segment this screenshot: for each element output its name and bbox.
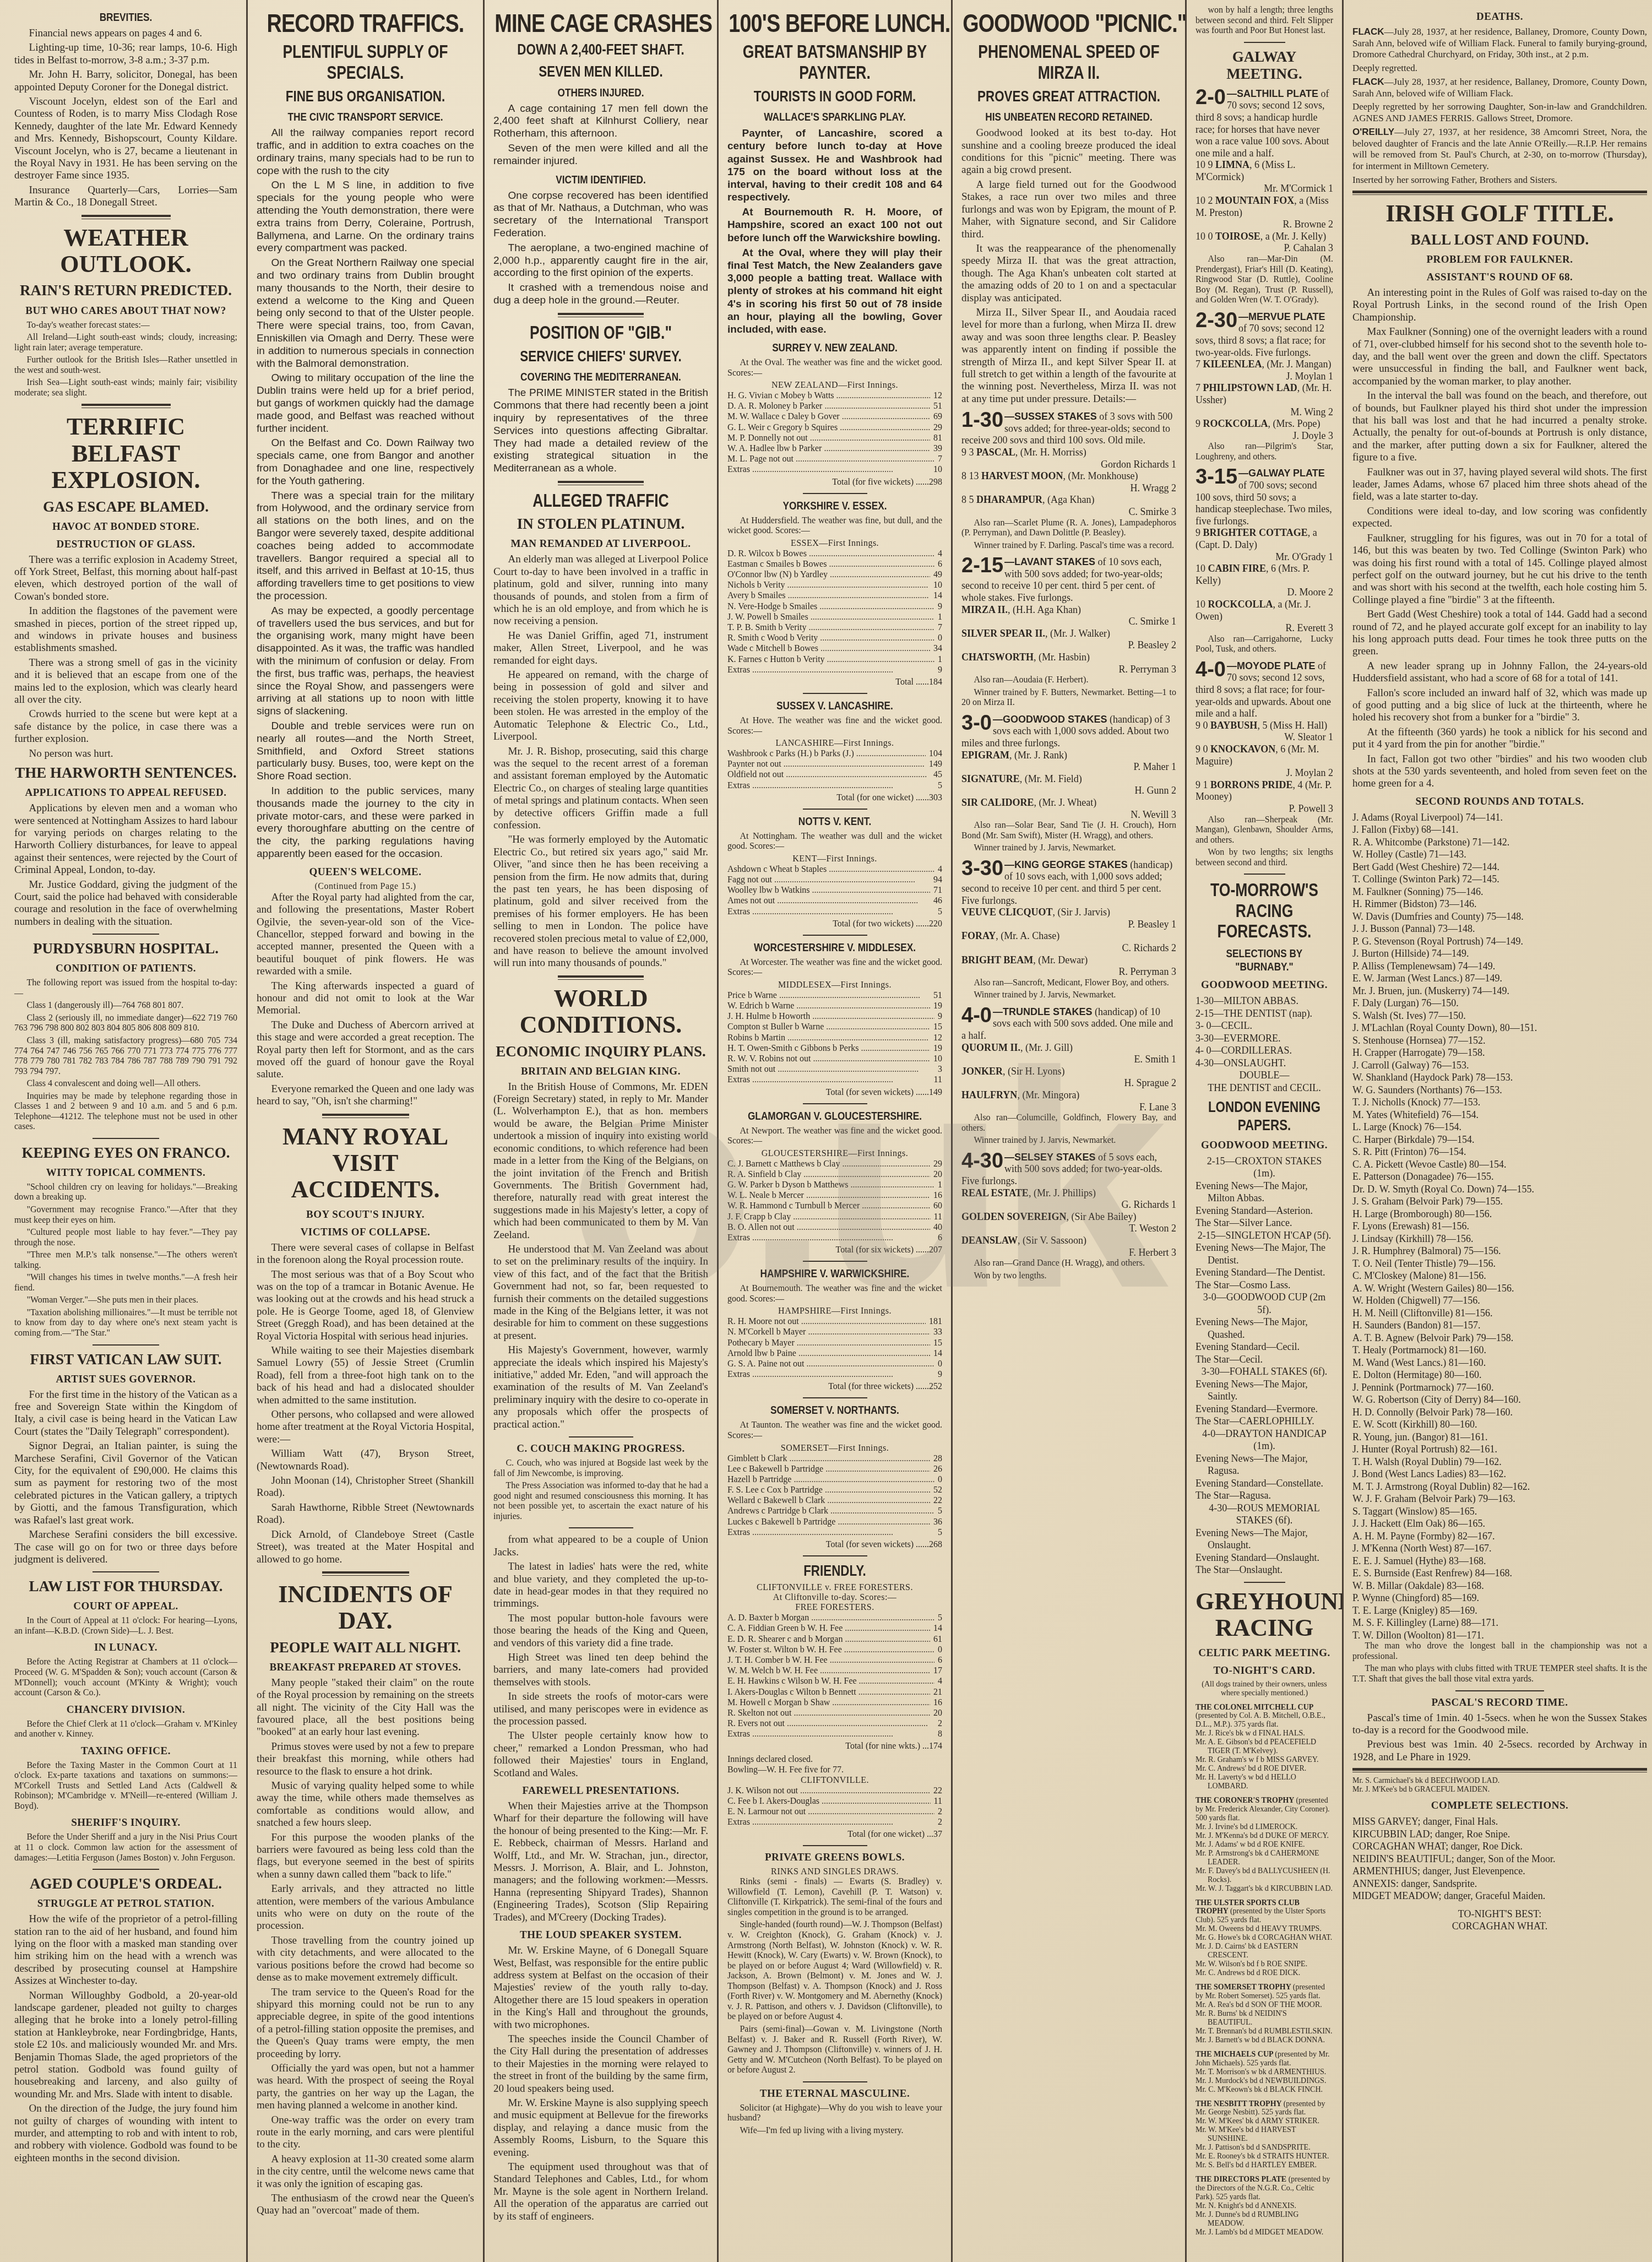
golf-paragraph: In the interval the ball was found on th… (1352, 390, 1647, 464)
london-tip: Evening Standard—The Dentist. (1195, 1266, 1333, 1279)
also-ran: Also ran—Aoudaia (F. Herbert). (961, 675, 1176, 686)
couch-body: C. Couch, who was injured at Bogside las… (493, 1458, 708, 1522)
death-text: —July 28, 1937, at her residence, Ballan… (1352, 77, 1647, 99)
runner-owner: , (Sir Abe Bailey) (1067, 1211, 1137, 1222)
selection-line: CORCAGHAN WHAT; danger, Roe Dick. (1352, 1840, 1647, 1853)
column-1: BREVITIES.Financial news appears on page… (6, 0, 248, 2262)
weather-title: WEATHER OUTLOOK. (14, 225, 237, 278)
runner-horse: PASCAL (976, 447, 1015, 458)
platinum-title: ALLEGED TRAFFIC (504, 491, 698, 511)
bowls-paragraph: Pairs (semi-final)—Gowan v. M. Livingsto… (727, 2025, 942, 2076)
runner-odds: 10 2 (1195, 195, 1215, 206)
runner-horse: QUORUM II. (961, 1042, 1020, 1053)
runs-value: 19 (930, 1043, 942, 1054)
runs-value: 10 (930, 1054, 942, 1064)
batsman-name: Washbrook c Parks (H.) b Parks (J.) (727, 748, 926, 759)
lunch-paragraph: At the Oval, where they will play their … (727, 247, 942, 336)
golf-paragraph: Max Faulkner (Sonning) one of the overni… (1352, 326, 1647, 388)
explosion-sub: GAS ESCAPE BLAMED. (14, 498, 237, 516)
aged-title: AGED COUPLE'S ORDEAL. (14, 1875, 237, 1892)
batsman-name: Compton st Buller b Warne (727, 1022, 930, 1032)
london-tip: The Star—Cosmo Lass. (1195, 1279, 1333, 1292)
batsman-name: Extras (727, 1233, 893, 1243)
score-row: Pothecary b Mayer15 (727, 1338, 942, 1348)
selection-line: KIRCUBBIN LAD; danger, Roe Snipe. (1352, 1828, 1647, 1841)
batsman-name: A. D. Baxter b Morgan (727, 1613, 934, 1623)
runner-odds: 9 0 (1195, 720, 1210, 731)
greyhound-entry: Mr. J. M'Kenna's bd d DUKE OF MERCY. (1195, 1832, 1333, 1841)
golf-score: T. Collinge (Swinton Park) 72—145. (1352, 873, 1647, 886)
score-row: R. H. Moore not out181 (727, 1316, 942, 1327)
batsman-name: Wellard c Bakewell b Clark (727, 1495, 930, 1506)
divider-rule (803, 809, 867, 810)
london-race-head: 2-15—SINGLETON H'CAP (5f). (1195, 1229, 1333, 1242)
aged-sub: STRUGGLE AT PETROL STATION. (14, 1898, 237, 1910)
golf-score: E. W. Scott (Kirkhill) 80—160. (1352, 1418, 1647, 1431)
runner-jockey: P. Cahalan 3 (1195, 242, 1333, 254)
score-row: J. W. Powell b Smailes1 (727, 612, 942, 622)
runner-horse: MIRZA II. (961, 604, 1008, 615)
race-runner: GOLDEN SOVEREIGN, (Sir Abe Bailey)T. Wes… (961, 1211, 1176, 1235)
golf-score: S. Taggart (Winslow) 85—165. (1352, 1505, 1647, 1518)
runner-owner: , (Mr. Dewar) (1033, 954, 1088, 965)
batsman-name: C. A. Fiddian Green b W. H. Fee (727, 1623, 930, 1634)
traffics-paragraph: All the railway companies report record … (257, 127, 474, 177)
runner-owner: , (Mr. A. Chase) (996, 930, 1059, 941)
golf-score: F. Daly (Lurgan) 76—150. (1352, 997, 1647, 1010)
death-name: FLACK (1352, 77, 1384, 87)
golf-score: W. Davis (Dumfries and County) 75—148. (1352, 910, 1647, 923)
golf-score: M. Wand (West Lancs.) 81—160. (1352, 1357, 1647, 1369)
race-name: —KING GEORGE STAKES (1004, 859, 1128, 870)
weather-body: To-day's weather forecast states:—All Ir… (14, 321, 237, 399)
race-name: —MOYODE PLATE (1227, 660, 1316, 671)
greyhound-entry: Mr. J. Pattison's bd d SANDSPRITE. (1195, 2144, 1333, 2152)
death-notice: FLACK—July 28, 1937, at her residence, B… (1352, 77, 1647, 99)
forecast-pick: 3-30—EVERMORE. (1195, 1032, 1333, 1045)
score-row: J. K. Wilson not out22 (727, 1786, 942, 1796)
golf-score: T. Healy (Portmarnock) 81—160. (1352, 1344, 1647, 1357)
race-runner: 9 1 BORRONS PRIDE, 4 (Mr. P. Mooney)P. P… (1195, 779, 1333, 815)
innings-total: Total (for three wickets) ......252 (727, 1382, 942, 1392)
greyhound-entry: Mr. F. Davey's bd d BALLYCUSHEEN (H. Roc… (1195, 1867, 1333, 1885)
runs-value: 11 (931, 1212, 942, 1222)
race-result-text: Winner trained by F. Butters, Newmarket.… (961, 688, 1176, 708)
franco-paragraph: "Three men M.P.'s talk nonsense."—The ot… (14, 1250, 237, 1271)
runs-value: 15 (930, 1338, 942, 1348)
greyhound-entry: Mr. S. Bell's bd d HARTLEY EMBER. (1195, 2161, 1333, 2170)
runner-horse: CABIN FIRE (1208, 563, 1267, 574)
column-6-galway: won by half a length; three lengths betw… (1187, 0, 1344, 2262)
race-runner: EPIGRAM, (Mr. J. Rank)P. Maher 1 (961, 750, 1176, 773)
race-also: Also ran—Sancroft, Medicant, Flower Boy,… (961, 978, 1176, 989)
traffics-paragraph: In addition to the public services, many… (257, 785, 474, 861)
score-row: T. P. B. Smith b Verity7 (727, 622, 942, 633)
london-race-head: 3-0—GOODWOOD CUP (2m 5f). (1195, 1291, 1333, 1316)
friendly-total: Total (for nine wkts.) ...174 (727, 1742, 942, 1751)
batsman-name: Extras (727, 907, 893, 917)
runner-odds: 9 0 (1195, 744, 1210, 755)
innings-label: GLOUCESTERSHIRE—First Innings. (727, 1149, 942, 1159)
score-row: Extras5 (727, 907, 942, 917)
lunch-paragraph: At Bournemouth R. H. Moore, of Hampshire… (727, 206, 942, 245)
runner-owner: , (Mr. Monkhouse) (1063, 470, 1138, 481)
lawlist-section-body: Before the Under Sheriff and a jury in t… (14, 1832, 237, 1863)
accidents-paragraph: The most serious was that of a Boy Scout… (257, 1269, 474, 1343)
london-tip: Evening News—The Major, Saintly. (1195, 1378, 1333, 1403)
forecast-double: THE DENTIST and CECIL. (1195, 1082, 1333, 1094)
batsman-name: J. W. Powell b Smailes (727, 612, 934, 622)
outcry-paragraph: The latest in ladies' hats were the red,… (493, 1561, 708, 1610)
forecast-pick: 2-15—THE DENTIST (nap). (1195, 1007, 1333, 1020)
golf-score: R. Young, jun. (Bangor) 81—161. (1352, 1431, 1647, 1444)
event-name: THE SOMERSET TROPHY (1195, 1983, 1293, 1992)
purdysburn-sub: CONDITION OF PATIENTS. (14, 963, 237, 975)
runner-odds: 9 (1195, 527, 1203, 538)
friendly-team: FREE FORESTERS. (727, 1603, 942, 1613)
death-text: —July 27, 1937, at her residence, 38 Amc… (1352, 127, 1647, 171)
match-intro: At Nottingham. The weather was dull and … (727, 832, 942, 852)
queen-title: QUEEN'S WELCOME. (257, 866, 474, 878)
friendly-note: Innings declared closed. (727, 1755, 942, 1765)
goodwood-sub2: PROVES GREAT ATTRACTION. (970, 88, 1168, 105)
lawlist-section-head: COURT OF APPEAL. (14, 1601, 237, 1613)
race-also: Also ran—Grand Dance (H. Wragg), and oth… (961, 1259, 1176, 1269)
purdysburn-paragraph: Class 4 convalescent and doing well—All … (14, 1079, 237, 1089)
match-intro: At Huddersfield. The weather was fine, b… (727, 516, 942, 536)
match-intro: At Hove. The weather was fine and the wi… (727, 716, 942, 736)
greyhound-entry: Mr. A. Rea's bd d SON OF THE MOOR. (1195, 2001, 1333, 2010)
golf-paragraph: In fact, Fallon got two other "birdies" … (1352, 753, 1647, 790)
death-notice: O'REILLY—July 27, 1937, at her residence… (1352, 127, 1647, 172)
runs-value: 45 (930, 769, 942, 780)
franco-sub: WITTY TOPICAL COMMENTS. (14, 1167, 237, 1179)
runner-horse: ROCKCOLLA (1203, 418, 1268, 429)
london-tip: Evening Standard—Constellate. (1195, 1477, 1333, 1490)
golf-score: J. Hunter (Royal Portrush) 82—161. (1352, 1443, 1647, 1456)
match-intro: At Worcester. The weather was fine and t… (727, 958, 942, 978)
runner-owner: , (Sir V. Sassoon) (1018, 1235, 1086, 1246)
galway-title: GALWAY MEETING. (1195, 48, 1333, 83)
london-race-head: 4-30—ROUS MEMORIAL STAKES (6f). (1195, 1502, 1333, 1527)
victim-body: One corpse recovered has been identified… (493, 190, 708, 307)
also-ran: Also ran—Carrigahorne, Lucky Pool, Tusk,… (1195, 634, 1333, 655)
also-ran: Also ran—Pilgrim's Star, Loughreny, and … (1195, 442, 1333, 462)
runs-value: 94 (930, 875, 942, 885)
runs-value: 181 (926, 1316, 942, 1327)
runs-value: 51 (930, 401, 942, 411)
divider-rule (93, 1869, 160, 1870)
lunch-sub2: TOURISTS IN GOOD FORM. (736, 88, 934, 105)
runner-owner: , (Mr. J. Mangan) (1262, 359, 1332, 370)
lawlist-text: In the Court of Appeal at 11 o'clock: Fo… (14, 1616, 237, 1636)
platinum-paragraph: He appeared on remand, with the charge o… (493, 669, 708, 743)
column-7-deaths-golf: DEATHS.FLACK—July 28, 1937, at her resid… (1344, 0, 1652, 2262)
score-row: D. A. R. Moloney b Parker51 (727, 401, 942, 411)
lawlist-section-body: In the Court of Appeal at 11 o'clock: Fo… (14, 1616, 237, 1636)
runner-jockey: Gordon Richards 1 (961, 459, 1176, 471)
match-title: SURREY V. NEW ZEALAND. (738, 341, 932, 355)
vatican-paragraph: For the first time in the history of the… (14, 1389, 237, 1439)
bowls-paragraph: Single-handed (fourth round)—W. J. Thomp… (727, 1920, 942, 2022)
greyhound-entry: Mr. J. D. Cairns' bk d EASTERN CRESCENT. (1195, 1943, 1333, 1960)
runs-value: 28 (930, 1453, 942, 1464)
runner-horse: JONKER (961, 1066, 1003, 1077)
runs-value: 5 (934, 780, 942, 791)
platinum-body: An elderly man was alleged at Liverpool … (493, 554, 708, 969)
vatican-paragraph: Signor Degrai, an Italian painter, is su… (14, 1440, 237, 1527)
vatican-paragraph: Marchese Serafini considers the bill exc… (14, 1529, 237, 1566)
lawlist-section-body: Before the Acting Registrar at Chambers … (14, 1657, 237, 1698)
runner-owner: , (Mr. J. Rank) (1009, 750, 1067, 761)
lunch-sub3: WALLACE'S SPARKLING PLAY. (738, 111, 932, 124)
runs-value: 8 (934, 1729, 942, 1739)
score-row: C. A. Fiddian Green b W. H. Fee14 (727, 1623, 942, 1634)
loudspeaker-paragraph: The speeches inside the Council Chamber … (493, 2033, 708, 2095)
harworth-sub: APPLICATIONS TO APPEAL REFUSED. (14, 787, 237, 799)
runner-jockey: R. Everett 3 (1195, 622, 1333, 634)
runner-odds: 8 13 (961, 470, 981, 481)
runs-value: 14 (930, 1623, 942, 1634)
score-row: C. Fee b I. Akers-Douglas11 (727, 1796, 942, 1807)
race-runner: VEUVE CLICQUOT, (Sir J. Jarvis)P. Beasle… (961, 907, 1176, 930)
runner-jockey: J. Moylan 1 (1195, 371, 1333, 383)
outcry-body: from what appeared to be a couple of Uni… (493, 1534, 708, 1780)
divider-rule (322, 1114, 409, 1118)
greyhound-entry: Mr. J. Murdock's bd d NEWBUILDINGS. (1195, 2077, 1333, 2086)
batsman-name: Extras (727, 1075, 893, 1085)
innings-total: Total (for six wickets) ......207 (727, 1245, 942, 1255)
runner-jockey: H. Sprague 2 (961, 1077, 1176, 1089)
runner-horse: ROCKCOLLA (1208, 599, 1273, 610)
golf-score: H. Crapper (Harrogate) 79—158. (1352, 1046, 1647, 1059)
race-result-text: Winner trained by J. Jarvis, Newmarket. (961, 843, 1176, 854)
match-intro-text: At Bournemouth. The weather was fine and… (727, 1284, 942, 1304)
traffics-paragraph: As may be expected, a goodly percentage … (257, 605, 474, 718)
batsman-name: Extras (727, 1729, 893, 1739)
race-runner: 9 0 KNOCKAVON, 6 (Mr. M. Maguire)J. Moyl… (1195, 744, 1333, 779)
event-name: THE DIRECTORS PLATE (1195, 2176, 1289, 2184)
runner-owner: , (Mrs. Pope) (1268, 418, 1320, 429)
batsman-name: M. Howell c Morgan b Shaw (727, 1697, 930, 1708)
divider-rule (803, 1261, 867, 1262)
runs-value: 104 (926, 748, 942, 759)
golf-score: R. A. Whitcombe (Parkstone) 71—142. (1352, 836, 1647, 849)
innings-total: Total (for two wickets) ......220 (727, 919, 942, 929)
goodwood-paragraph: Mirza II., Silver Spear II., and Aoudaia… (961, 307, 1176, 405)
score-row: Extras6 (727, 1233, 942, 1243)
score-row: Lee c Bakewell b Partridge26 (727, 1464, 942, 1474)
explosion-paragraph: Crowds hurried to the scene but were kep… (14, 708, 237, 745)
accidents-paragraph: Sarah Hawthorne, Ribble Street (Newtowna… (257, 1502, 474, 1527)
runs-value: 16 (930, 1190, 942, 1201)
forecast-meeting: GOODWOOD MEETING. (1195, 979, 1333, 991)
race-result-text: Won by two lengths. (961, 1271, 1176, 1282)
traffics-paragraph: There was a special train for the milita… (257, 490, 474, 603)
batsman-name: Fagg not out (727, 875, 915, 885)
golf-score: T. J. Nicholls (Knock) 77—153. (1352, 1096, 1647, 1109)
scores-title: SECOND ROUNDS AND TOTALS. (1352, 796, 1647, 808)
match-title: NOTTS V. KENT. (738, 815, 932, 828)
match-title: YORKSHIRE V. ESSEX. (738, 500, 932, 513)
london-tip: Evening News—The Major, Onslaught. (1195, 1527, 1333, 1552)
weather-paragraph: All Ireland—Light south-east winds; clou… (14, 333, 237, 353)
race-header: 4-30—SELSEY STAKES of 5 sovs each, with … (961, 1152, 1176, 1187)
death-notice: FLACK—July 28, 1937, at her residence, B… (1352, 26, 1647, 61)
greyhound-entry: Mr. J. Lamb's bd d MIDGET MEADOW. (1195, 2228, 1333, 2237)
event-name: THE COLONEL MITCHELL CUP (1195, 1704, 1313, 1712)
column-3: MINE CAGE CRASHESDOWN A 2,400-FEET SHAFT… (485, 0, 719, 2262)
golf-score: C. A. Pickett (Wevoe Castle) 80—154. (1352, 1158, 1647, 1171)
lawlist-text: Before the Under Sheriff and a jury in t… (14, 1832, 237, 1863)
runs-value: 4 (934, 1676, 942, 1686)
golf-score: A. T. B. Agnew (Belvoir Park) 79—158. (1352, 1332, 1647, 1344)
outcry-paragraph: High Street was lined ten deep behind th… (493, 1652, 708, 1689)
traffics-sub3: THE CIVIC TRANSPORT SERVICE. (267, 111, 464, 124)
friendly-team2: CLIFTONVILLE. (727, 1776, 942, 1786)
score-row: R. Evers not out2 (727, 1718, 942, 1729)
greyhound-entry: Mr. J. Barnett's w bd d BLACK DONNA. (1195, 2036, 1333, 2045)
runner-owner: , 5 (Miss H. Hall) (1257, 720, 1327, 731)
lawlist-section-body: Before the Chief Clerk at 11 o'clock—Gra… (14, 1719, 237, 1740)
batsman-name: Extras (727, 1527, 893, 1538)
runs-value: 51 (930, 990, 942, 1001)
runner-odds: 7 (1195, 382, 1203, 393)
incidents-body: Many people "staked their claim" on the … (257, 1677, 474, 2217)
runs-value: 6 (934, 1233, 942, 1243)
batsman-name: Paynter not out (727, 759, 925, 769)
batsman-name: I. Akers-Douglas c Wilton b Bennett (727, 1687, 930, 1697)
golf-paragraph: Fallon's score included an inward half o… (1352, 687, 1647, 724)
mine-paragraph: A cage containing 17 men fell down the 2… (493, 103, 708, 140)
batsman-name: Woolley lbw b Watkins (727, 885, 930, 896)
golf-score: T. H. Walsh (Royal Dublin) 79—162. (1352, 1456, 1647, 1468)
incidents-paragraph: Those travelling from the country joined… (257, 1935, 474, 1984)
batsman-name: M. L. Page not out (727, 454, 934, 464)
brevities-title: BREVITIES. (25, 11, 226, 24)
race-also: Also ran—Columcille, Goldfinch, Flowery … (961, 1113, 1176, 1133)
score-row: H. T. Owen-Smith c Gibbons b Perks19 (727, 1043, 942, 1054)
brevities-paragraph: Mr. John H. Barry, solicitor, Donegal, h… (14, 69, 237, 94)
match-title: HAMPSHIRE V. WARWICKSHIRE. (738, 1267, 932, 1281)
runner-horse: KILEENLEA (1203, 359, 1262, 370)
lawlist-section-head: CHANCERY DIVISION. (14, 1704, 237, 1716)
score-row: G. L. Weir c Gregory b Squires29 (727, 422, 942, 433)
incidents-title: INCIDENTS OF DAY. (257, 1581, 474, 1635)
friendly-intro: At Cliftonville to-day. Scores:— (727, 1593, 942, 1603)
race-name: —SELSEY STAKES (1004, 1152, 1095, 1163)
batsman-name: Extras (727, 464, 893, 475)
incidents-paragraph: The tram service to the Queen's Road for… (257, 1987, 474, 2060)
runs-value: 4 (934, 549, 942, 559)
queen-paragraph: Everyone remarked the Queen and one lady… (257, 1083, 474, 1108)
race-runner: 10 0 TOIROSE, a (Mr. J. Kelly)P. Cahalan… (1195, 231, 1333, 254)
runner-horse: DHARAMPUR (976, 494, 1042, 505)
golf-score: A. H. M. Payne (Formby) 82—167. (1352, 1530, 1647, 1543)
greyhound-entry: Mr. J. Adams' w bd d ROE KNIFE. (1195, 1841, 1333, 1849)
purdysburn-title: PURDYSBURN HOSPITAL. (14, 940, 237, 957)
friendly-match: CLIFTONVILLE v. FREE FORESTERS. (727, 1583, 942, 1593)
london-tip: The Star—Ragusa. (1195, 1489, 1333, 1502)
score-row: W. Edrich b Warne19 (727, 1001, 942, 1011)
batsman-name: Nichols b Verity (727, 580, 928, 590)
golf-paragraph: Faulkner, struggling for his figures, wa… (1352, 533, 1647, 606)
runs-value: 69 (930, 411, 942, 422)
masculine-title: THE ETERNAL MASCULINE. (727, 2088, 942, 2100)
score-row: N. Vere-Hodge b Smailes9 (727, 601, 942, 612)
race-header: 1-30—SUSSEX STAKES of 3 sovs with 500 so… (961, 411, 1176, 447)
franco-paragraph: "Woman Verger."—She puts men in their pl… (14, 1295, 237, 1306)
score-row: D. R. Wilcox b Bowes4 (727, 549, 942, 559)
gib-sub2: COVERING THE MEDITERRANEAN. (504, 371, 698, 384)
couch-paragraph: C. Couch, who was injured at Bogside las… (493, 1458, 708, 1479)
innings-total: Total (for five wickets) ......298 (727, 478, 942, 487)
race-runner: BRIGHT BEAM, (Mr. Dewar)R. Perryman 3 (961, 954, 1176, 978)
innings-label: MIDDLESEX—First Innings. (727, 980, 942, 990)
batsman-name: Andrews c Partridge b Clark (727, 1506, 934, 1516)
race-runner: 9 ROCKCOLLA, (Mrs. Pope)J. Doyle 3 (1195, 418, 1333, 442)
score-row: R. W. V. Robins not out10 (727, 1054, 942, 1064)
score-row: N. M'Corkell b Mayer33 (727, 1327, 942, 1337)
runner-jockey: Mr. O'Grady 1 (1195, 551, 1333, 563)
score-row: M. P. Donnelly not out81 (727, 433, 942, 443)
score-row: W. R. Hammond c Turnbull b Mercer60 (727, 1201, 942, 1211)
runner-horse: BAYBUSH (1210, 720, 1257, 731)
accidents-title: MANY ROYAL VISIT ACCIDENTS. (257, 1124, 474, 1203)
golf-score: E. W. Jarman (West Lancs.) 87—149. (1352, 972, 1647, 985)
batsman-name: Extras (727, 1369, 893, 1380)
race-time: 4-0 (961, 1006, 992, 1025)
outcry-paragraph: The Ulster people certainly know how to … (493, 1730, 708, 1780)
loudspeaker-body: Mr. W. Erskine Mayne, of 6 Donegall Squa… (493, 1945, 708, 2223)
runner-jockey: P. Powell 3 (1195, 803, 1333, 815)
runs-value: 26 (930, 1464, 942, 1474)
score-row: H. G. Vivian c Mobey b Watts12 (727, 390, 942, 401)
explosion-body: There was a terrific explosion in Academ… (14, 554, 237, 761)
also-ran: Also ran—Sancroft, Medicant, Flower Boy,… (961, 978, 1176, 989)
weather-sub: RAIN'S RETURN PREDICTED. (14, 282, 237, 299)
lawlist-section-head: TAXING OFFICE. (14, 1745, 237, 1757)
bowls-paragraph: Rinks (semi - finals) — Ewarts (S. Bradl… (727, 1877, 942, 1918)
runner-jockey: G. Richards 1 (961, 1199, 1176, 1211)
runs-value: 14 (930, 1348, 942, 1359)
runs-value: 71 (930, 885, 942, 896)
batsman-name: Pothecary b Mayer (727, 1338, 930, 1348)
score-row: R. Skelton not out20 (727, 1708, 942, 1718)
score-row: Arnold lbw b Paine14 (727, 1348, 942, 1359)
galway-lead: won by half a length; three lengths betw… (1195, 6, 1333, 36)
score-row: Nichols b Verity10 (727, 580, 942, 590)
score-row: R. Smith c Wood b Verity0 (727, 633, 942, 643)
match-intro-text: At Worcester. The weather was fine and t… (727, 958, 942, 978)
goodwood-title: GOODWOOD "PICNIC." (963, 10, 1175, 36)
race-runner: 10 2 MOUNTAIN FOX, a (Miss M. Preston)R.… (1195, 195, 1333, 231)
score-row: B. O. Allen not out40 (727, 1222, 942, 1233)
goodwood-paragraph: It was the reappearance of the phenomena… (961, 243, 1176, 305)
match-intro: At Newport. The weather was fine and the… (727, 1126, 942, 1147)
runs-value: 15 (930, 1022, 942, 1032)
race-runner: SILVER SPEAR II., (Mr. J. Walker)P. Beas… (961, 628, 1176, 652)
runs-value: 0 (934, 633, 942, 643)
race-time: 2-15 (961, 556, 1003, 575)
purdysburn-paragraph: Class 2 (seriously ill, no immediate dan… (14, 1013, 237, 1034)
match-title: SUSSEX V. LANCASHIRE. (738, 699, 932, 713)
golf-score: J. Bond (West Lancs Ladies) 83—162. (1352, 1468, 1647, 1480)
batsman-name: H. T. Owen-Smith c Gibbons b Perks (727, 1043, 930, 1054)
race-result: Winner trained by F. Butters, Newmarket.… (961, 688, 1176, 708)
runs-value: 11 (931, 1796, 942, 1807)
batsman-name: W. R. Hammond c Turnbull b Mercer (727, 1201, 930, 1211)
